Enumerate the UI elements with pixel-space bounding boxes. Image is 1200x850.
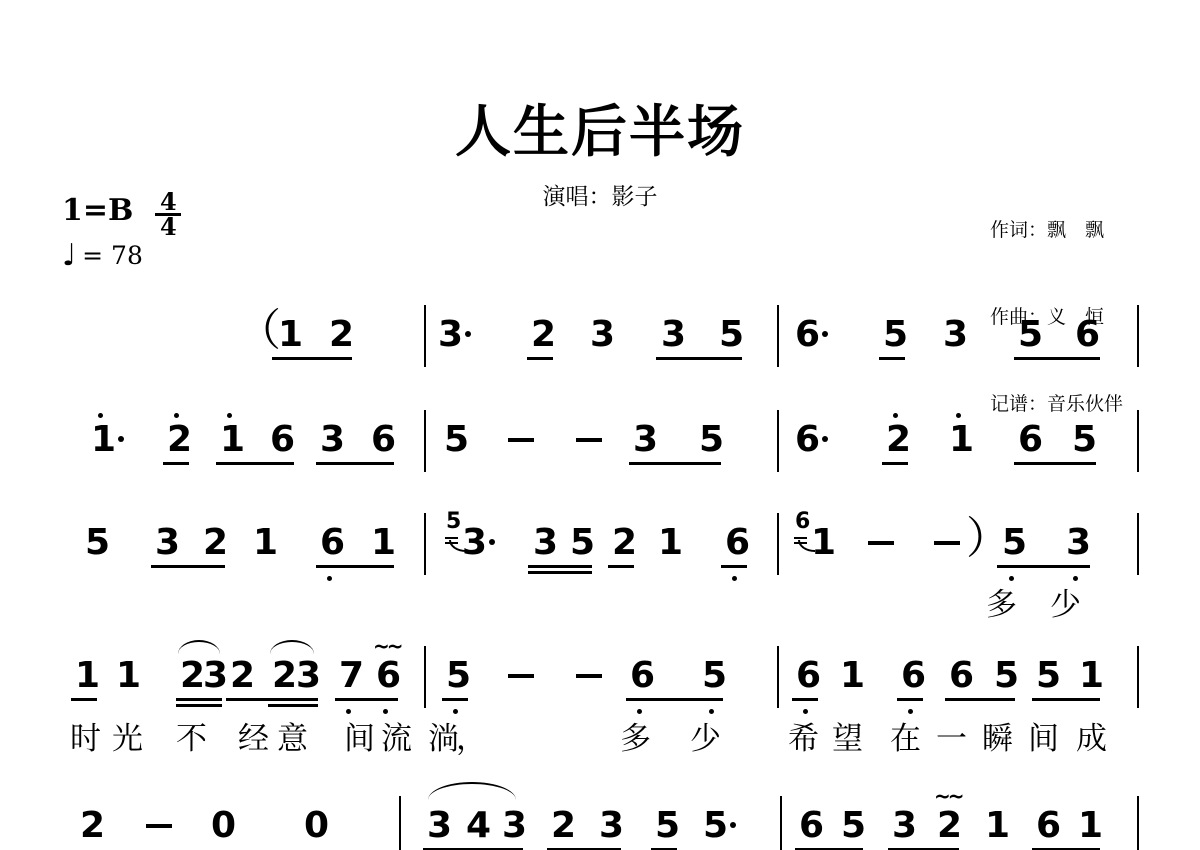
octave-dot-low	[453, 709, 458, 714]
note: 3	[502, 808, 527, 844]
note: 6	[799, 808, 824, 844]
note: 5	[702, 658, 727, 694]
note: 1	[75, 658, 100, 694]
beam-line	[316, 565, 394, 568]
note: 6	[630, 658, 655, 694]
octave-dot-low	[1073, 576, 1078, 581]
note: 5	[1018, 317, 1043, 353]
note: 3	[203, 658, 228, 694]
lyric-char: 成	[1076, 720, 1107, 757]
beam-line	[528, 571, 592, 574]
note: 2	[329, 317, 354, 353]
parenthesis: （	[237, 309, 281, 353]
beam-line	[528, 565, 592, 568]
note: 1	[1079, 658, 1104, 694]
grace-beam	[445, 537, 458, 539]
lyric-char: 一	[936, 720, 967, 757]
duration-dash	[146, 824, 172, 828]
barline	[424, 410, 426, 472]
note: 3	[155, 525, 180, 561]
note: 6	[795, 317, 820, 353]
note: 1	[840, 658, 865, 694]
note: 4	[466, 808, 491, 844]
grace-note: 5	[446, 511, 461, 533]
lyric-char: 多	[620, 720, 651, 757]
lyric-char: 流	[381, 720, 412, 757]
beam-line	[945, 698, 1015, 701]
note: 5	[703, 808, 728, 844]
augmentation-dot	[730, 822, 736, 828]
note: 0	[211, 808, 236, 844]
note: 7	[339, 658, 364, 694]
beam-line	[151, 565, 225, 568]
lyric-char: 希	[788, 720, 819, 757]
octave-dot-high	[227, 413, 232, 418]
augmentation-dot	[465, 331, 471, 337]
note: 3	[633, 422, 658, 458]
note: 3	[599, 808, 624, 844]
beam-line	[882, 462, 908, 465]
mordent-icon: ~~	[934, 786, 962, 806]
octave-dot-high	[956, 413, 961, 418]
note: 2	[551, 808, 576, 844]
barline	[424, 646, 426, 708]
mordent-icon: ~~	[373, 636, 401, 656]
note: 5	[655, 808, 680, 844]
barline	[777, 646, 779, 708]
beam-line	[997, 565, 1090, 568]
octave-dot-high	[893, 413, 898, 418]
note: 6	[795, 422, 820, 458]
sheet-music-page: 人生后半场 演唱：影子 作词：飘 飘 作曲：义 恒 记谱：音乐伙伴 1=B 4 …	[0, 0, 1200, 850]
duration-dash	[934, 541, 960, 545]
lyric-char: 经	[238, 720, 269, 757]
lyric-char: 望	[832, 720, 863, 757]
note: 3	[661, 317, 686, 353]
note: 2	[167, 422, 192, 458]
octave-dot-low	[383, 709, 388, 714]
beam-line	[1032, 698, 1100, 701]
note: 1	[278, 317, 303, 353]
note: 1	[91, 422, 116, 458]
duration-dash	[508, 438, 534, 442]
barline	[424, 305, 426, 367]
note: 1	[658, 525, 683, 561]
lyric-char: 间	[1028, 720, 1059, 757]
lyric-char: 少	[690, 720, 721, 757]
note: 3	[892, 808, 917, 844]
note: 3	[1066, 525, 1091, 561]
note: 6	[949, 658, 974, 694]
note: 6	[270, 422, 295, 458]
lyric-char: 光	[112, 720, 143, 757]
note: 6	[1036, 808, 1061, 844]
beam-line	[335, 698, 398, 701]
note: 5	[994, 658, 1019, 694]
octave-dot-low	[908, 709, 913, 714]
lyric-char: 瞬	[982, 720, 1013, 757]
score-notation: （123233565356121636535621655321615335216…	[0, 0, 1200, 850]
octave-dot-high	[98, 413, 103, 418]
barline	[1137, 305, 1139, 367]
slur-arc	[270, 640, 314, 654]
lyric-char: 意	[277, 720, 308, 757]
note: 5	[883, 317, 908, 353]
barline	[777, 305, 779, 367]
octave-dot-low	[803, 709, 808, 714]
barline	[1137, 646, 1139, 708]
beam-line	[527, 357, 553, 360]
duration-dash	[576, 438, 602, 442]
beam-line	[792, 698, 818, 701]
octave-dot-low	[709, 709, 714, 714]
note: 2~~	[937, 808, 962, 844]
beam-line	[442, 698, 468, 701]
note: 5	[719, 317, 744, 353]
note: 5	[570, 525, 595, 561]
octave-dot-high	[174, 413, 179, 418]
beam-line	[656, 357, 742, 360]
note: 5	[699, 422, 724, 458]
note: 5	[1036, 658, 1061, 694]
beam-line	[268, 704, 318, 707]
barline	[777, 410, 779, 472]
note: 1	[1078, 808, 1103, 844]
augmentation-dot	[489, 539, 495, 545]
note: 3	[590, 317, 615, 353]
lyric-char: 少	[1050, 586, 1081, 623]
augmentation-dot	[822, 436, 828, 442]
note: 6	[796, 658, 821, 694]
note: 6	[1018, 422, 1043, 458]
note: 6	[320, 525, 345, 561]
note: 1	[220, 422, 245, 458]
note: 6	[725, 525, 750, 561]
note: 1	[253, 525, 278, 561]
octave-dot-low	[1009, 576, 1014, 581]
note: 2	[80, 808, 105, 844]
barline	[1137, 796, 1139, 850]
note: 0	[304, 808, 329, 844]
barline	[777, 513, 779, 575]
lyric-char: 不	[176, 720, 207, 757]
beam-line	[608, 565, 634, 568]
slur-arc	[428, 782, 516, 800]
beam-line	[176, 698, 222, 701]
note: 2	[612, 525, 637, 561]
beam-line	[626, 698, 723, 701]
beam-line	[226, 698, 318, 701]
note: 3	[427, 808, 452, 844]
note: 6	[901, 658, 926, 694]
barline	[424, 513, 426, 575]
note: 5	[444, 422, 469, 458]
note: 3	[320, 422, 345, 458]
note: 6	[1075, 317, 1100, 353]
octave-dot-low	[637, 709, 642, 714]
beam-line	[163, 462, 189, 465]
beam-line	[897, 698, 923, 701]
barline	[1137, 513, 1139, 575]
beam-line	[216, 462, 294, 465]
note: 2	[203, 525, 228, 561]
note: 1	[985, 808, 1010, 844]
slur-arc	[178, 640, 220, 654]
note: 1	[371, 525, 396, 561]
octave-dot-low	[346, 709, 351, 714]
note: 2	[230, 658, 255, 694]
octave-dot-low	[327, 576, 332, 581]
note: 5	[1072, 422, 1097, 458]
barline	[399, 796, 401, 850]
lyric-char: ，	[456, 720, 487, 757]
note: 1	[811, 525, 836, 561]
note: 2	[180, 658, 205, 694]
note: 3	[438, 317, 463, 353]
note: 2	[886, 422, 911, 458]
augmentation-dot	[118, 436, 124, 442]
note: 5	[446, 658, 471, 694]
beam-line	[176, 704, 222, 707]
note: 2	[272, 658, 297, 694]
note: 5	[85, 525, 110, 561]
grace-note: 6	[795, 511, 810, 533]
note: 3	[943, 317, 968, 353]
augmentation-dot	[822, 331, 828, 337]
lyric-char: 淌	[428, 720, 459, 757]
note: 2	[531, 317, 556, 353]
duration-dash	[868, 541, 894, 545]
note: 5	[1002, 525, 1027, 561]
beam-line	[629, 462, 721, 465]
beam-line	[721, 565, 747, 568]
beam-line	[879, 357, 905, 360]
barline	[1137, 410, 1139, 472]
note: 6	[371, 422, 396, 458]
lyric-char: 在	[890, 720, 921, 757]
note: 1	[116, 658, 141, 694]
beam-line	[1014, 462, 1096, 465]
beam-line	[1014, 357, 1100, 360]
note: 3	[533, 525, 558, 561]
note: 5	[841, 808, 866, 844]
lyric-char: 间	[344, 720, 375, 757]
lyric-char: 多	[986, 586, 1017, 623]
octave-dot-low	[732, 576, 737, 581]
lyric-char: 时	[70, 720, 101, 757]
beam-line	[316, 462, 394, 465]
beam-line	[71, 698, 97, 701]
barline	[780, 796, 782, 850]
note: 1	[949, 422, 974, 458]
beam-line	[272, 357, 352, 360]
duration-dash	[576, 674, 602, 678]
note: 3	[462, 525, 487, 561]
duration-dash	[508, 674, 534, 678]
note: 3	[296, 658, 321, 694]
note: 6~~	[376, 658, 401, 694]
grace-beam	[794, 537, 807, 539]
